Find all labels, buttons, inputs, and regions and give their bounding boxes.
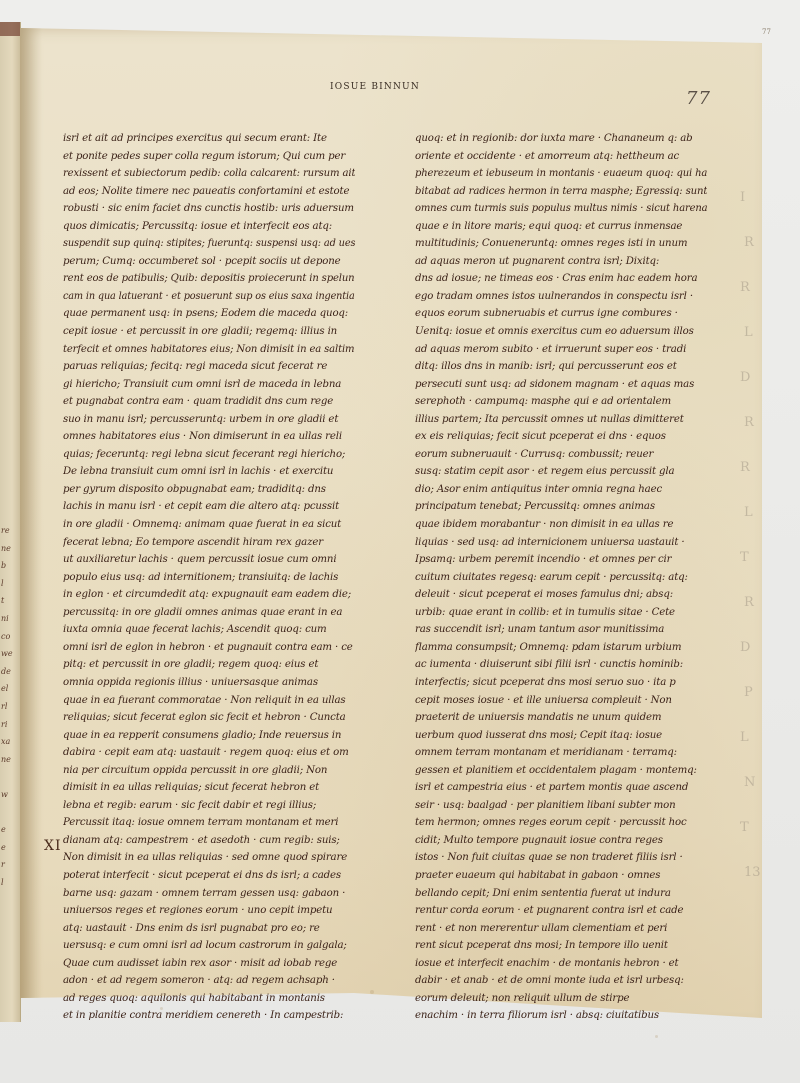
manuscript-line: rexissent et subiectorum pedib: colla ca… (63, 165, 355, 183)
manuscript-line: per gyrum disposito obpugnabat eam; trad… (63, 481, 355, 499)
manuscript-line: Percussit itaq: iosue omnem terram monta… (63, 814, 355, 832)
manuscript-line: equos eorum subneruabis et currus igne c… (415, 305, 707, 323)
manuscript-line: bitabat ad radices hermon in terra masph… (415, 183, 707, 201)
manuscript-line: atq: uastauit · Dns enim ds isrl pugnaba… (63, 920, 355, 938)
manuscript-line: dabir · et anab · et de omni monte iuda … (415, 972, 707, 990)
manuscript-line: istos · Non fuit ciuitas quae se non tra… (415, 849, 707, 867)
manuscript-line: ac iumenta · diuiserunt sibi filii isrl … (415, 656, 707, 674)
manuscript-scene: re ne b l t ni co we de el rl ri xa ne w… (0, 0, 800, 1083)
manuscript-line: robusti · sic enim faciet dns cunctis ho… (63, 200, 355, 218)
manuscript-line: cepit moses iosue · et ille uniuersa com… (415, 692, 707, 710)
manuscript-line: quae permanent usq: in psens; Eodem die … (63, 305, 355, 323)
manuscript-line: suspendit sup quinq: stipites; fueruntq:… (63, 235, 355, 253)
manuscript-line: quae e in litore maris; equi quoq: et cu… (415, 218, 707, 236)
offset-mark: 13 (744, 865, 761, 880)
manuscript-line: quae in ea repperit consumens gladio; In… (63, 727, 355, 745)
manuscript-line: terfecit et omnes habitatores eius; Non … (63, 341, 355, 359)
manuscript-line: pitq: et percussit in ore gladii; regem … (63, 656, 355, 674)
manuscript-line: multitudinis; Conueneruntq: omnes reges … (415, 235, 707, 253)
manuscript-line: Non dimisit in ea ullas reliquias · sed … (63, 849, 355, 867)
manuscript-line: quae in ea fuerant commoratae · Non reli… (63, 692, 355, 710)
manuscript-line: ad reges quoq: aquilonis qui habitabant … (63, 990, 355, 1008)
manuscript-line: et ponite pedes super colla regum istoru… (63, 148, 355, 166)
manuscript-line: dns ad iosue; ne timeas eos · Cras enim … (415, 270, 707, 288)
manuscript-line: eorum subneruauit · Currusq: combussit; … (415, 446, 707, 464)
offset-mark: P (744, 685, 753, 700)
manuscript-line: ras succendit isrl; unam tantum asor mun… (415, 621, 707, 639)
manuscript-line: interfectis; sicut pceperat dns mosi ser… (415, 674, 707, 692)
manuscript-line: ad eos; Nolite timere nec paueatis confo… (63, 183, 355, 201)
manuscript-line: praeterit de uniuersis mandatis ne unum … (415, 709, 707, 727)
offset-mark: R (744, 595, 754, 610)
manuscript-line: Uenitq: iosue et omnis exercitus cum eo … (415, 323, 707, 341)
manuscript-line: ego tradam omnes istos uulnerandos in co… (415, 288, 707, 306)
offset-mark: R (740, 460, 750, 475)
manuscript-line: quoq: et in regionib: dor iuxta mare · C… (415, 130, 707, 148)
offset-mark: T (740, 550, 749, 565)
manuscript-line: paruas reliquias; fecitq: regi maceda si… (63, 358, 355, 376)
manuscript-line: cepit iosue · et percussit in ore gladii… (63, 323, 355, 341)
manuscript-line: rent · et non mererentur ullam clementia… (415, 920, 707, 938)
manuscript-line: cuitum ciuitates regesq: earum cepit · p… (415, 569, 707, 587)
parchment-spot (655, 1035, 658, 1038)
manuscript-line: enachim · in terra filiorum isrl · absq:… (415, 1007, 707, 1025)
manuscript-line: dio; Asor enim antiquitus inter omnia re… (415, 481, 707, 499)
manuscript-line: serephoth · campumq: masphe qui e ad ori… (415, 393, 707, 411)
manuscript-line: perum; Cumq: occumberet sol · pcepit soc… (63, 253, 355, 271)
text-column-right: quoq: et in regionib: dor iuxta mare · C… (415, 130, 707, 1025)
manuscript-line: ex eis reliquias; fecit sicut pceperat e… (415, 428, 707, 446)
offset-mark: R (744, 415, 754, 430)
manuscript-line: quos dimicatis; Percussitq: iosue et int… (63, 218, 355, 236)
manuscript-line: illius partem; Ita percussit omnes ut nu… (415, 411, 707, 429)
manuscript-line: et pugnabat contra eam · quam tradidit d… (63, 393, 355, 411)
manuscript-line: De lebna transiuit cum omni isrl in lach… (63, 463, 355, 481)
manuscript-line: lebna et regib: earum · sic fecit dabir … (63, 797, 355, 815)
manuscript-line: principatum tenebat; Percussitq: omnes a… (415, 498, 707, 516)
manuscript-line: praeter euaeum qui habitabat in gabaon ·… (415, 867, 707, 885)
manuscript-line: susq: statim cepit asor · et regem eius … (415, 463, 707, 481)
manuscript-line: urbib: quae erant in collib: et in tumul… (415, 604, 707, 622)
offset-mark: L (744, 505, 753, 520)
chapter-number-marker: XI (44, 838, 62, 854)
previous-page-text-fragment: re ne b l t ni co we de el rl ri xa ne w… (1, 522, 17, 891)
manuscript-line: pherezeum et iebuseum in montanis · euae… (415, 165, 707, 183)
manuscript-line: suo in manu isrl; percusseruntq: urbem i… (63, 411, 355, 429)
manuscript-line: barne usq: gazam · omnem terram gessen u… (63, 885, 355, 903)
manuscript-line: uerbum quod iusserat dns mosi; Cepit ita… (415, 727, 707, 745)
offset-mark: L (740, 730, 749, 745)
manuscript-line: oriente et occidente · et amorreum atq: … (415, 148, 707, 166)
manuscript-line: lachis in manu isrl · et cepit eam die a… (63, 498, 355, 516)
binding-strip (0, 22, 20, 36)
manuscript-line: ad aquas merom subito · et irruerunt sup… (415, 341, 707, 359)
manuscript-line: in eglon · et circumdedit atq: expugnaui… (63, 586, 355, 604)
manuscript-line: persecuti sunt usq: ad sidonem magnam · … (415, 376, 707, 394)
manuscript-line: nia per circuitum oppida percussit in or… (63, 762, 355, 780)
parchment-spot (370, 990, 374, 994)
manuscript-line: fecerat lebna; Eo tempore ascendit hiram… (63, 534, 355, 552)
manuscript-line: adon · et ad regem someron · atq: ad reg… (63, 972, 355, 990)
manuscript-line: cam in qua latuerant · et posuerunt sup … (63, 288, 355, 306)
manuscript-line: iuxta omnia quae fecerat lachis; Ascendi… (63, 621, 355, 639)
offset-mark: T (740, 820, 749, 835)
manuscript-line: isrl et campestria eius · et partem mont… (415, 779, 707, 797)
manuscript-line: uersusq: e cum omni isrl ad locum castro… (63, 937, 355, 955)
manuscript-line: omnes cum turmis suis populus multus nim… (415, 200, 707, 218)
manuscript-line: quias; feceruntq: regi lebna sicut fecer… (63, 446, 355, 464)
manuscript-line: populo eius usq: ad internitionem; trans… (63, 569, 355, 587)
manuscript-line: rentur corda eorum · et pugnarent contra… (415, 902, 707, 920)
offset-mark: R (740, 280, 750, 295)
manuscript-line: uniuersos reges et regiones eorum · uno … (63, 902, 355, 920)
manuscript-line: reliquias; sicut fecerat eglon sic fecit… (63, 709, 355, 727)
manuscript-line: quae ibidem morabantur · non dimisit in … (415, 516, 707, 534)
manuscript-line: isrl et ait ad principes exercitus qui s… (63, 130, 355, 148)
offset-mark: D (740, 640, 750, 655)
offset-mark: D (740, 370, 750, 385)
manuscript-line: seir · usq: baalgad · per planitiem liba… (415, 797, 707, 815)
manuscript-line: omnes habitatores eius · Non dimiserunt … (63, 428, 355, 446)
manuscript-line: ditq: illos dns in manib: isrl; qui perc… (415, 358, 707, 376)
offset-mark: I (740, 190, 745, 205)
manuscript-line: ut auxiliaretur lachis · quem percussit … (63, 551, 355, 569)
running-head: IOSUE BINNUN (330, 82, 420, 92)
offset-mark: N (744, 775, 755, 790)
manuscript-line: omnia oppida regionis illius · uniuersas… (63, 674, 355, 692)
manuscript-line: cidit; Multo tempore pugnauit iosue cont… (415, 832, 707, 850)
manuscript-line: iosue et interfecit enachim · de montani… (415, 955, 707, 973)
manuscript-line: rent eos de patibulis; Quib: depositis p… (63, 270, 355, 288)
corner-folio-number: 77 (762, 28, 771, 36)
offset-mark: L (744, 325, 753, 340)
manuscript-line: dabira · cepit eam atq: uastauit · regem… (63, 744, 355, 762)
manuscript-line: et in planitie contra meridiem cenereth … (63, 1007, 355, 1025)
manuscript-line: bellando cepit; Dni enim sententia fuera… (415, 885, 707, 903)
manuscript-line: gessen et planitiem et occidentalem plag… (415, 762, 707, 780)
manuscript-line: Quae cum audisset iabin rex asor · misit… (63, 955, 355, 973)
previous-page-edge: re ne b l t ni co we de el rl ri xa ne w… (0, 22, 21, 1022)
folio-number: 77 (686, 88, 711, 109)
offset-mark: R (744, 235, 754, 250)
manuscript-line: dianam atq: campestrem · et asedoth · cu… (63, 832, 355, 850)
manuscript-line: tem hermon; omnes reges eorum cepit · pe… (415, 814, 707, 832)
manuscript-line: poterat interfecit · sicut pceperat ei d… (63, 867, 355, 885)
manuscript-line: percussitq: in ore gladii omnes animas q… (63, 604, 355, 622)
manuscript-line: dimisit in ea ullas reliquias; sicut fec… (63, 779, 355, 797)
manuscript-line: omnem terram montanam et meridianam · te… (415, 744, 707, 762)
manuscript-line: deleuit · sicut pceperat ei moses famulu… (415, 586, 707, 604)
manuscript-line: liquias · sed usq: ad internicionem uniu… (415, 534, 707, 552)
manuscript-line: eorum deleuit; non reliquit ullum de sti… (415, 990, 707, 1008)
manuscript-line: ad aquas meron ut pugnarent contra isrl;… (415, 253, 707, 271)
manuscript-line: gi hiericho; Transiuit cum omni isrl de … (63, 376, 355, 394)
text-column-left: isrl et ait ad principes exercitus qui s… (63, 130, 355, 1025)
manuscript-line: flamma consumpsit; Omnemq: pdam istarum … (415, 639, 707, 657)
manuscript-line: rent sicut pceperat dns mosi; In tempore… (415, 937, 707, 955)
manuscript-line: in ore gladii · Omnemq: animam quae fuer… (63, 516, 355, 534)
manuscript-line: Ipsamq: urbem peremit incendio · et omne… (415, 551, 707, 569)
manuscript-line: omni isrl de eglon in hebron · et pugnau… (63, 639, 355, 657)
